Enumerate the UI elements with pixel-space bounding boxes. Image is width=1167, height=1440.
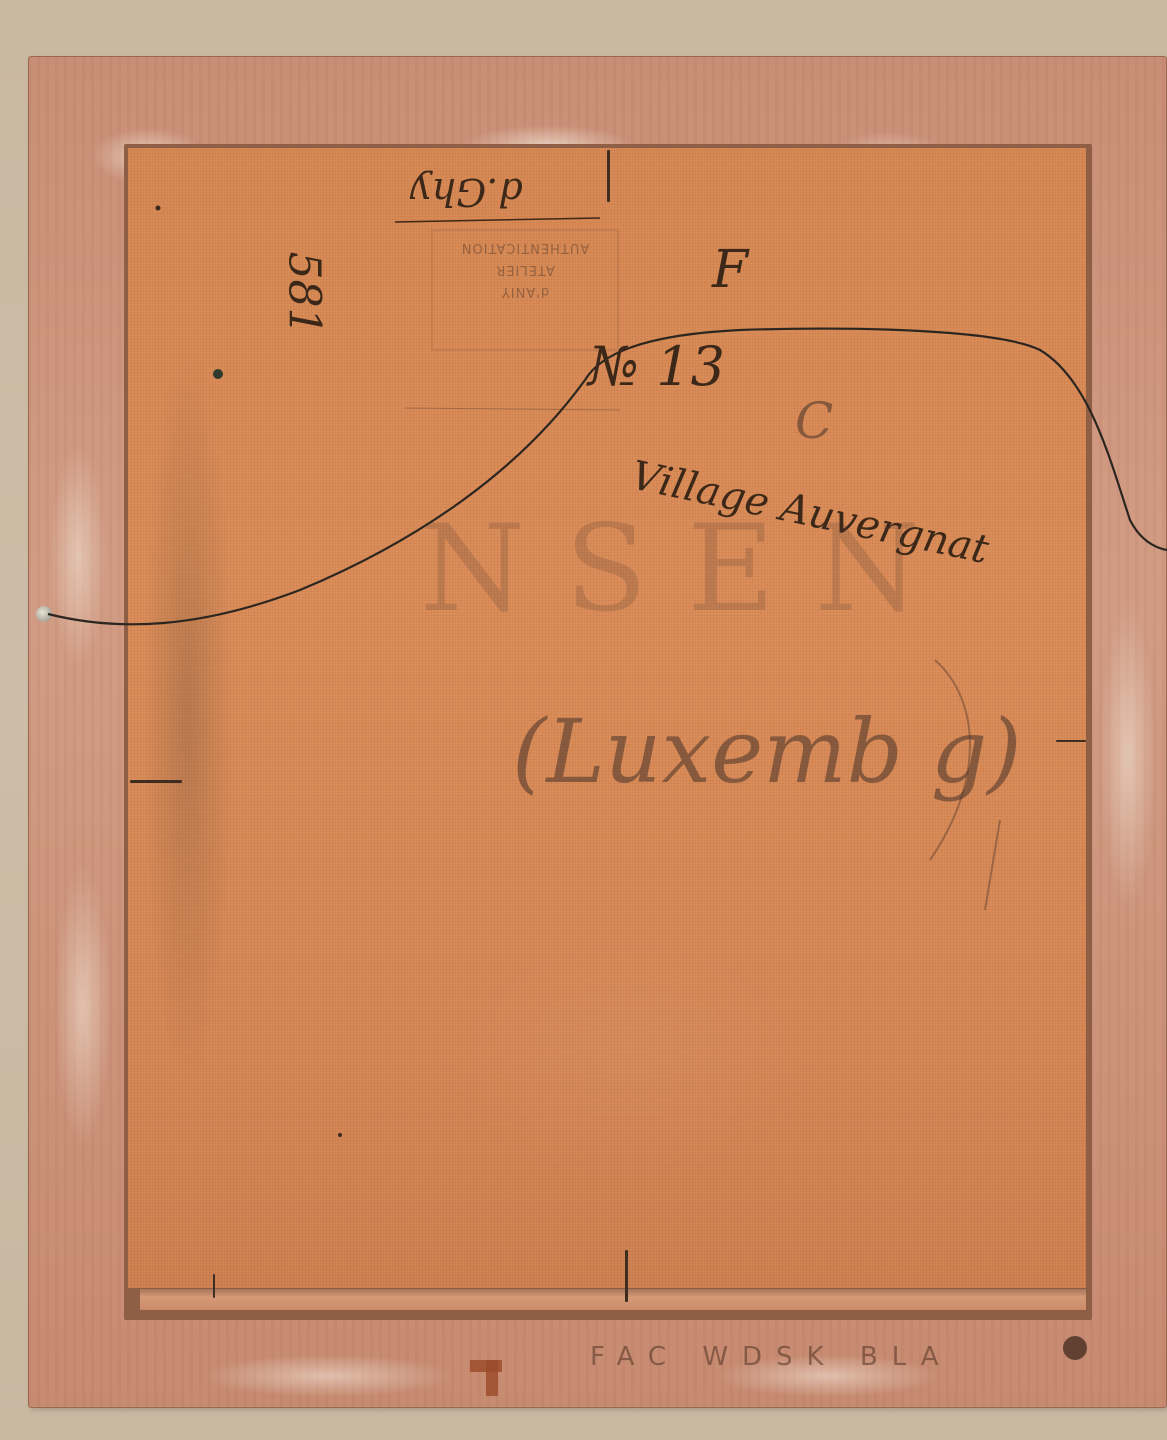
stretcher-bar-bottom <box>140 1288 1086 1310</box>
tack-top <box>607 150 610 202</box>
location-inscription: (Luxemb g) <box>512 700 1022 803</box>
tack-bottom-left <box>213 1274 215 1298</box>
signature: d.Ghy <box>410 170 523 214</box>
letter-f: F <box>712 240 748 300</box>
screw-eye-hook <box>36 606 52 622</box>
faint-large-letters: NSEN <box>420 500 960 639</box>
tack-bottom-center <box>625 1250 628 1302</box>
stamp-line-2: ATELIER <box>440 258 610 280</box>
stamp-line-3: AUTHENTICATION <box>440 236 610 258</box>
tack-left <box>130 780 182 783</box>
faint-letter-c: C <box>795 392 833 450</box>
atelier-stamp: d'ANIY ATELIER AUTHENTICATION <box>440 236 610 302</box>
lot-number: № 13 <box>588 335 725 398</box>
tack-right <box>1056 740 1086 742</box>
stamp-line-1: d'ANIY <box>440 280 610 302</box>
inventory-number: 581 <box>278 252 329 336</box>
frame-scratched-text: FAC WDSK BLA <box>590 1342 953 1372</box>
